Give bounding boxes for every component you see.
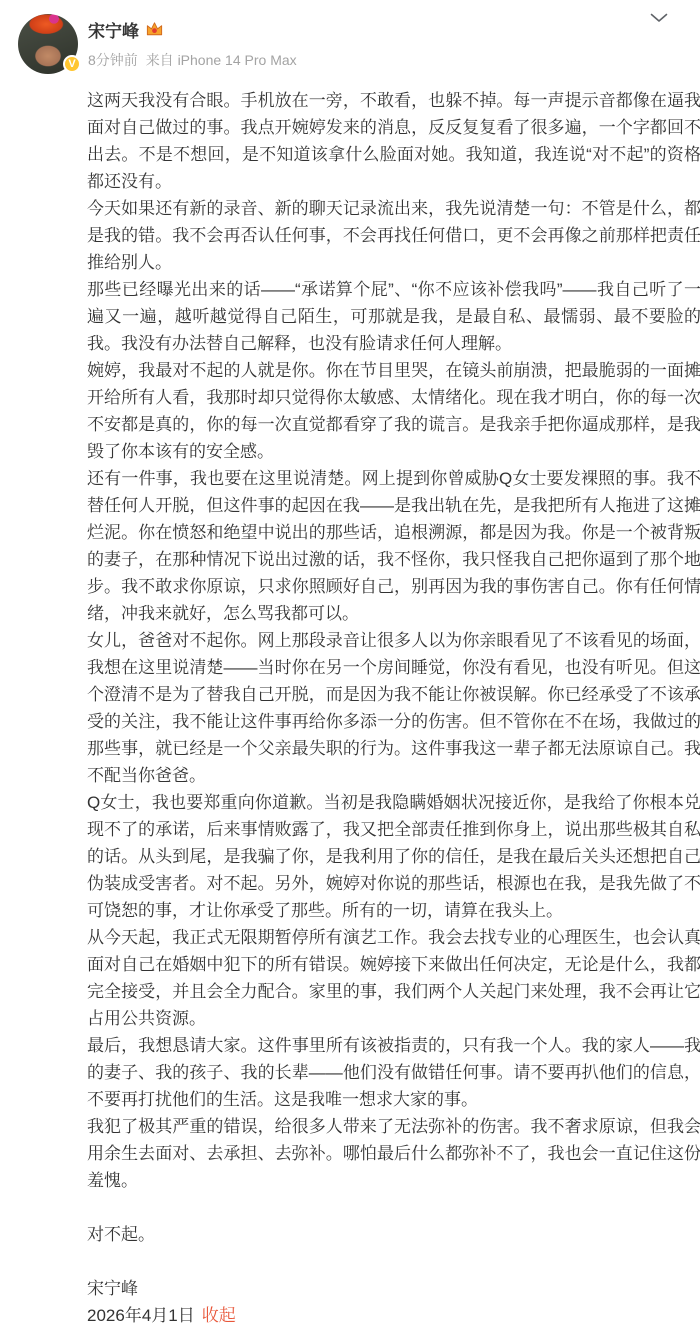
post-paragraph: 女儿，爸爸对不起你。网上那段录音让很多人以为你亲眼看见了不该看见的场面，我想在这… [87, 627, 700, 789]
post-paragraph: 从今天起，我正式无限期暂停所有演艺工作。我会去找专业的心理医生，也会认真面对自己… [87, 924, 700, 1032]
chevron-down-icon[interactable] [648, 10, 670, 26]
post-paragraph: 我犯了极其严重的错误，给很多人带来了无法弥补的伤害。我不奢求原谅，但我会用余生去… [87, 1113, 700, 1194]
post-header: V 宋宁峰 8分钟前 来自 iPhone 14 Pro Max [18, 14, 700, 74]
post-paragraph: Q女士，我也要郑重向你道歉。当初是我隐瞒婚姻状况接近你，是我给了你根本兑现不了的… [87, 789, 700, 924]
author-name-row: 宋宁峰 [88, 17, 297, 42]
collapse-link[interactable]: 收起 [202, 1306, 236, 1325]
post-date: 2026年4月1日 [87, 1306, 195, 1325]
closing-line: 对不起。 [87, 1221, 700, 1248]
weibo-post: V 宋宁峰 8分钟前 来自 iPhone 14 Pro Max [0, 0, 700, 1329]
date-row: 2026年4月1日收起 [87, 1302, 700, 1329]
post-meta: 8分钟前 来自 iPhone 14 Pro Max [88, 50, 297, 70]
blank-line [87, 1248, 700, 1275]
post-source[interactable]: 来自 iPhone 14 Pro Max [146, 52, 297, 68]
post-paragraph: 还有一件事，我也要在这里说清楚。网上提到你曾威胁Q女士要发裸照的事。我不替任何人… [87, 465, 700, 627]
post-time: 8分钟前 [88, 52, 138, 68]
blank-line [87, 1194, 700, 1221]
avatar[interactable]: V [18, 14, 78, 74]
verified-badge-icon: V [63, 55, 81, 73]
post-paragraph: 今天如果还有新的录音、新的聊天记录流出来，我先说清楚一句：不管是什么，都是我的错… [87, 195, 700, 276]
vip-crown-icon [145, 20, 164, 39]
author-name[interactable]: 宋宁峰 [88, 17, 139, 42]
post-body: 这两天我没有合眼。手机放在一旁，不敢看，也躲不掉。每一声提示音都像在逼我面对自己… [87, 87, 700, 1329]
post-paragraph: 这两天我没有合眼。手机放在一旁，不敢看，也躲不掉。每一声提示音都像在逼我面对自己… [87, 87, 700, 195]
signature-line: 宋宁峰 [87, 1275, 700, 1302]
post-paragraph: 那些已经曝光出来的话——“承诺算个屁”、“你不应该补偿我吗”——我自己听了一遍又… [87, 276, 700, 357]
post-paragraph: 最后，我想恳请大家。这件事里所有该被指责的，只有我一个人。我的家人——我的妻子、… [87, 1032, 700, 1113]
post-paragraph: 婉婷，我最对不起的人就是你。你在节目里哭，在镜头前崩溃，把最脆弱的一面摊开给所有… [87, 357, 700, 465]
header-info: 宋宁峰 8分钟前 来自 iPhone 14 Pro Max [88, 14, 297, 70]
